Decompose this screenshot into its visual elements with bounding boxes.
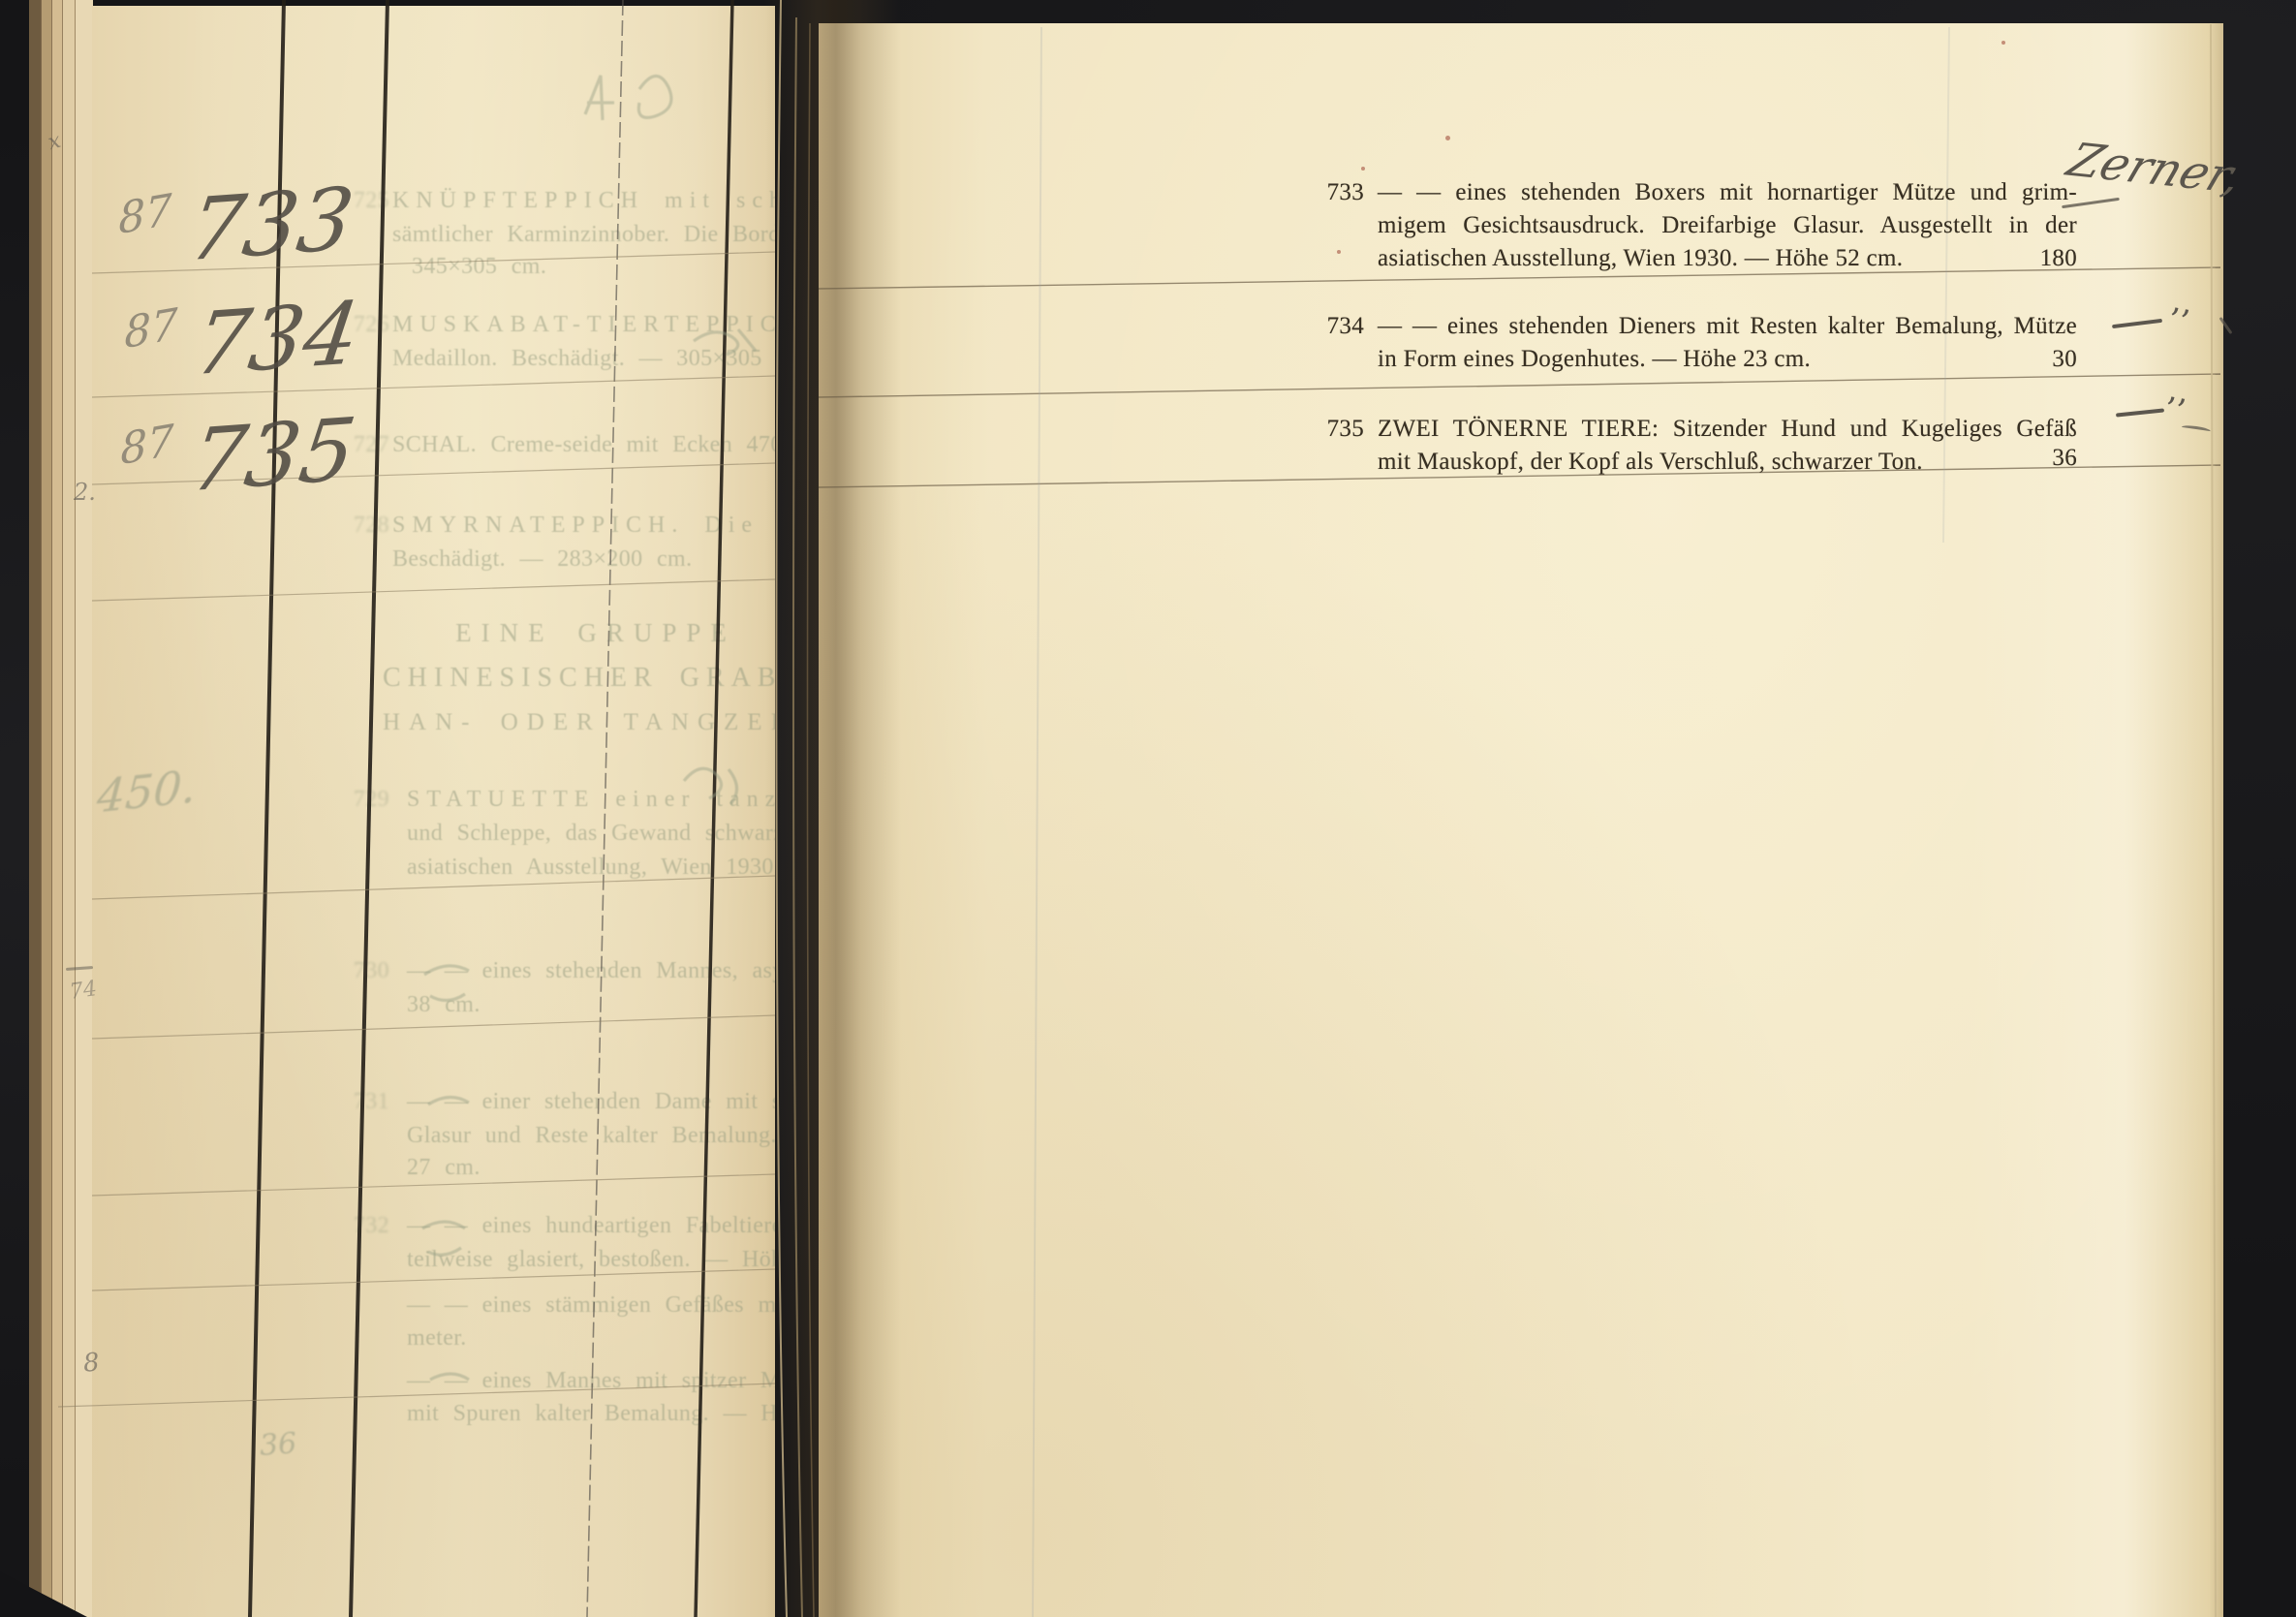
- handwritten-lot-number: 733: [183, 169, 359, 281]
- entry-733-text: — — eines stehenden Boxers mit hornartig…: [1378, 176, 2077, 275]
- entry-735-text: ZWEI TÖNERNE TIERE: Sitzender Hund und K…: [1378, 413, 2077, 479]
- handwritten-margin-mark: 87: [120, 416, 173, 476]
- estimate-price: 36: [1976, 442, 2077, 475]
- handwritten-lot-number: 735: [185, 399, 361, 512]
- foxing-speck: [1337, 250, 1341, 254]
- entry-line: asiatischen Ausstellung, Wien 1930. — Hö…: [1378, 242, 2077, 275]
- entry-734-text: — — eines stehenden Dieners mit Resten k…: [1378, 310, 2077, 376]
- foxing-speck: [1445, 136, 1450, 140]
- pencil-mark: 74: [68, 977, 98, 1005]
- page-crease: [1033, 27, 1041, 1617]
- pencil-mark: 2.: [74, 479, 96, 506]
- ledger-rule-vertical-thin: [587, 0, 623, 1617]
- entry-line: migem Gesichtsausdruck. Dreifarbige Glas…: [1378, 209, 2077, 242]
- entry-line: in Form eines Dogenhutes. — Höhe 23 cm.: [1378, 343, 2077, 376]
- estimate-price: 30: [1976, 343, 2077, 376]
- entry-line: — — eines stehenden Dieners mit Resten k…: [1378, 310, 2077, 343]
- lot-number: 733: [1288, 176, 1364, 209]
- pencil-mark: 8: [82, 1348, 101, 1378]
- entry-line: — — eines stehenden Boxers mit hornartig…: [1378, 176, 2077, 209]
- ledger-rule-vertical: [696, 0, 732, 1617]
- gutter-page-edge: [807, 23, 814, 1617]
- estimate-price: 180: [1976, 242, 2077, 275]
- ledger-rule-vertical: [351, 0, 388, 1617]
- lot-number: 734: [1288, 310, 1364, 343]
- handwritten-margin-mark: 87: [118, 185, 171, 245]
- lot-number: 735: [1288, 413, 1364, 446]
- handwritten-lot-number: 734: [189, 283, 365, 395]
- page-fold-edge: [2211, 24, 2216, 1617]
- entry-line: mit Mauskopf, der Kopf als Verschluß, sc…: [1378, 446, 2077, 479]
- entry-line: ZWEI TÖNERNE TIERE: Sitzender Hund und K…: [1378, 413, 2077, 446]
- handwritten-margin-mark: 87: [124, 299, 177, 359]
- foxing-speck: [1361, 167, 1365, 171]
- foxing-speck: [2001, 41, 2005, 45]
- gutter-page-edge: [793, 17, 802, 1617]
- gutter-page-edge: [776, 0, 787, 1617]
